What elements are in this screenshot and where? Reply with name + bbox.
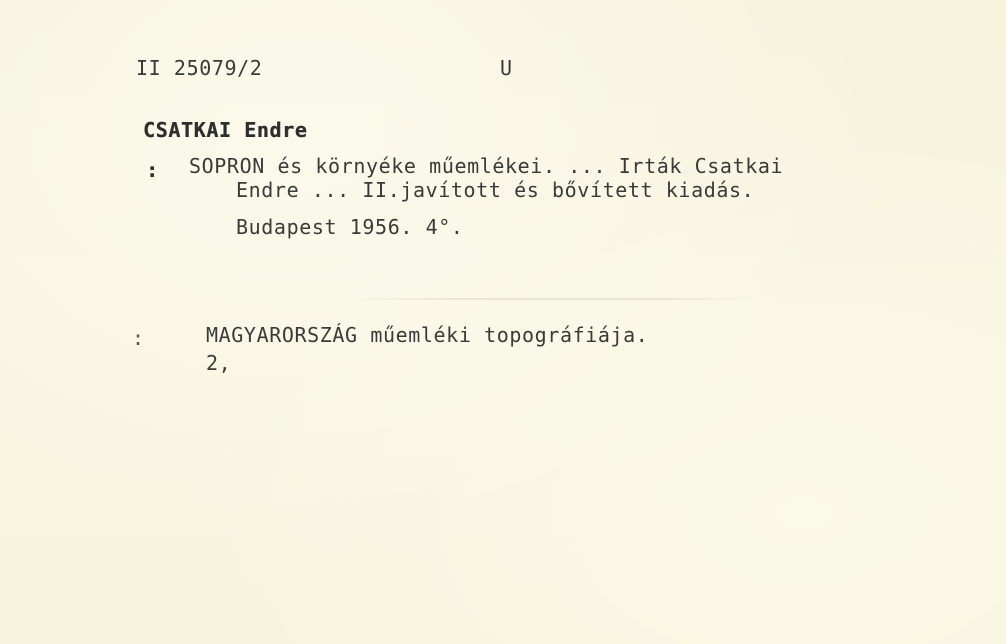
call-number: II 25079/2 <box>136 58 262 78</box>
title-line-1: SOPRON és környéke műemlékei. ... Irták … <box>189 156 783 176</box>
location-mark: U <box>500 58 513 78</box>
catalog-card: II 25079/2 U CSATKAI Endre : SOPRON és k… <box>0 0 1006 644</box>
title-line-2: Endre ... II.javított és bővített kiadás… <box>236 180 754 200</box>
imprint: Budapest 1956. 4°. <box>236 217 464 237</box>
author-heading: CSATKAI Endre <box>143 120 307 140</box>
series-title: MAGYARORSZÁG műemléki topográfiája. <box>206 325 648 345</box>
card-fold-line <box>0 298 1006 300</box>
series-number: 2, <box>206 353 231 373</box>
series-marker: : <box>132 328 145 348</box>
entry-marker: : <box>146 160 159 180</box>
